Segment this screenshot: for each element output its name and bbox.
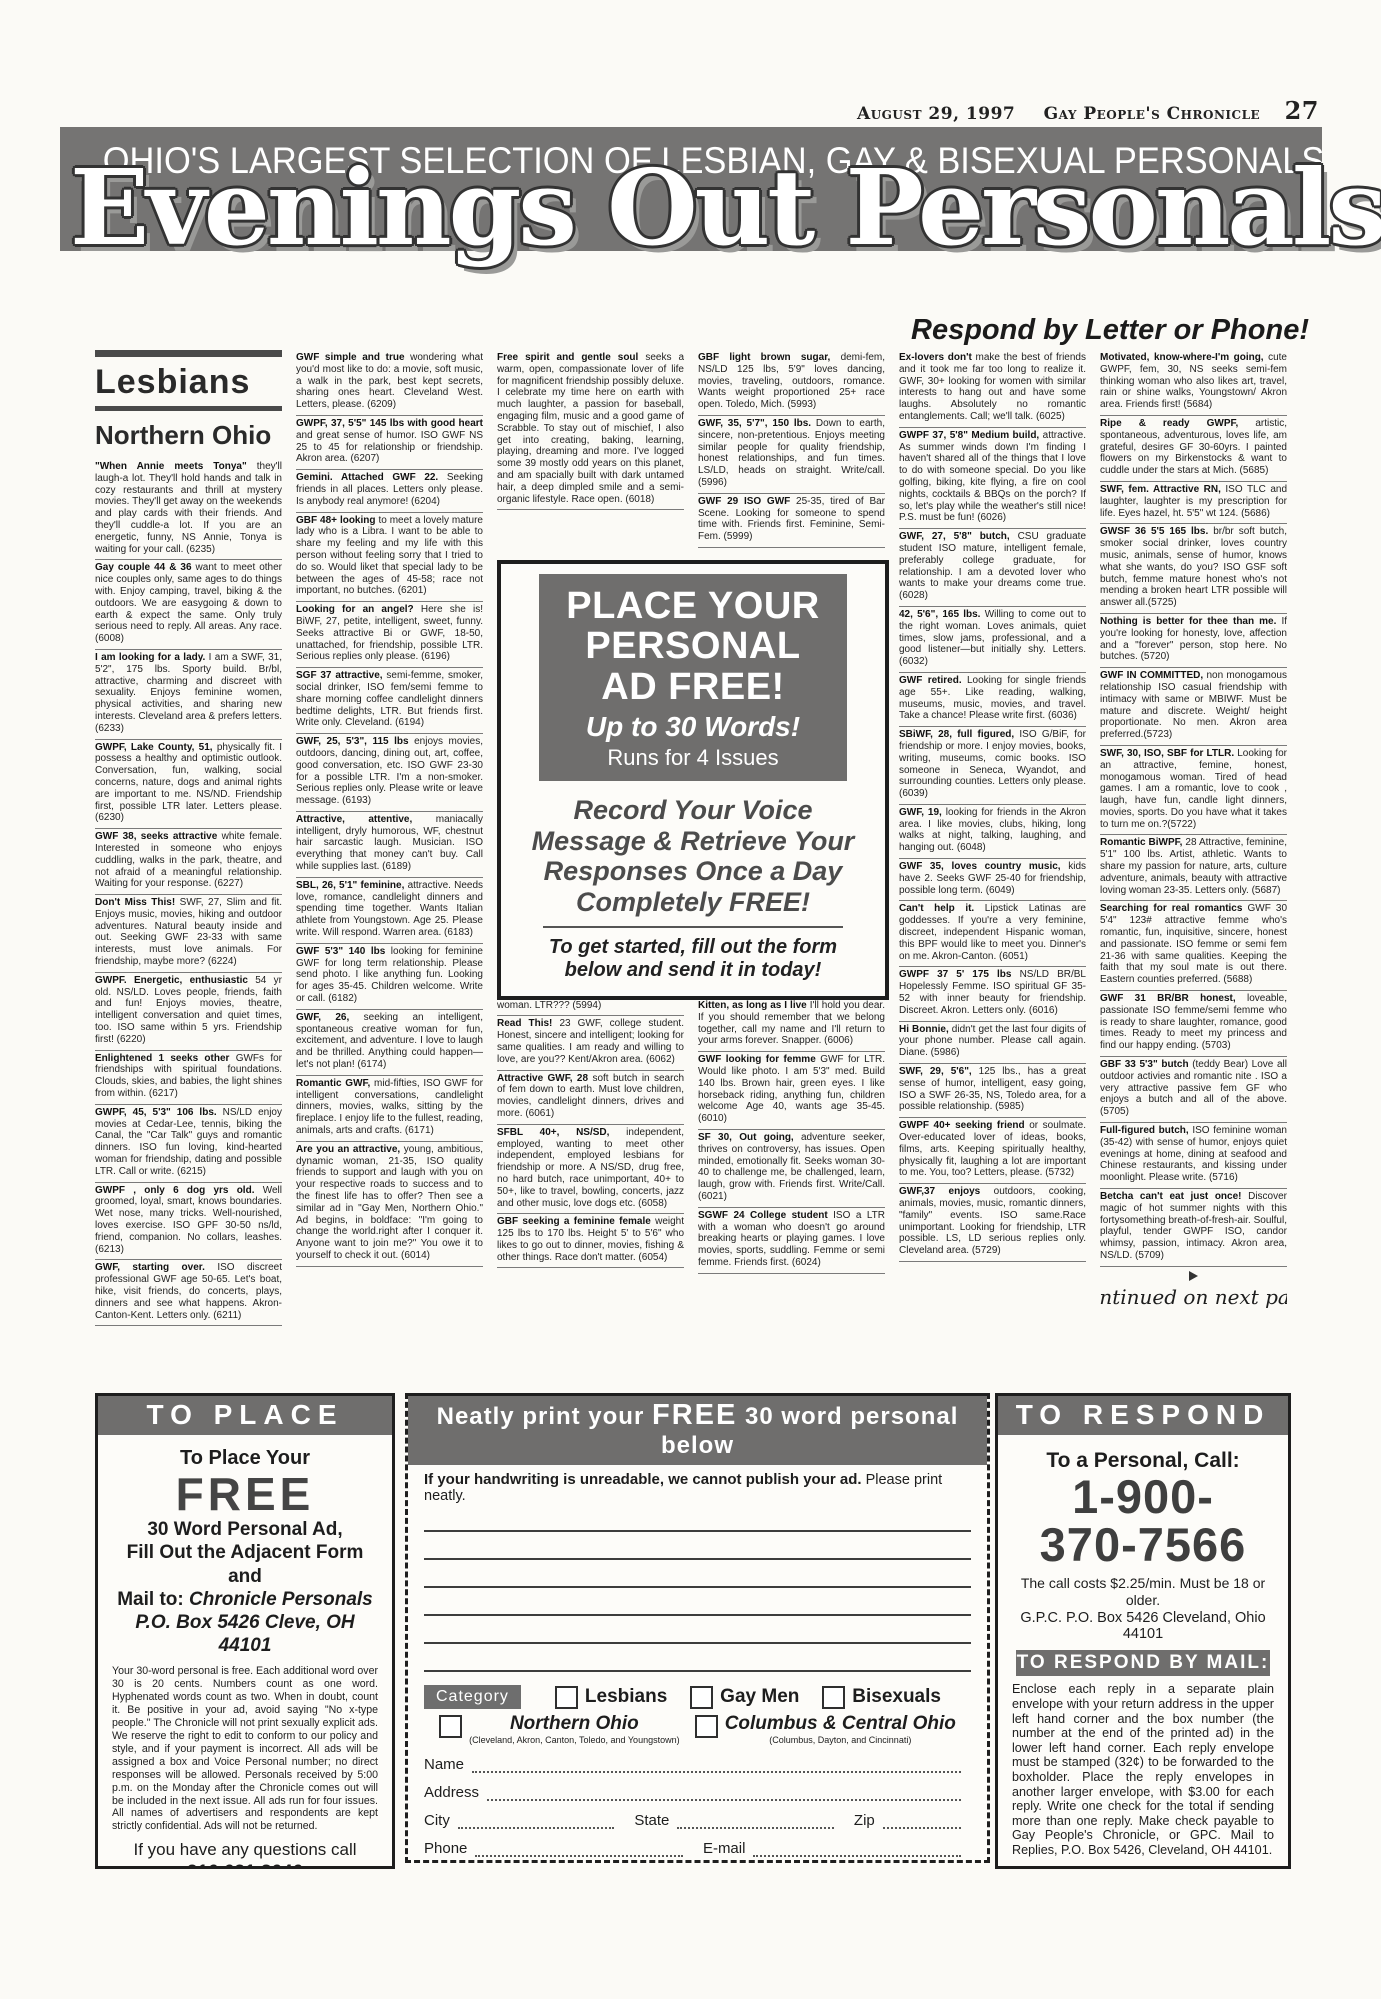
- personal-ad: GWF,37 enjoys outdoors, cooking, animals…: [899, 1184, 1086, 1262]
- personal-ad: GBF seeking a feminine female weight 125…: [497, 1214, 684, 1268]
- form-body: If your handwriting is unreadable, we ca…: [408, 1465, 987, 1863]
- ads-column-1: Lesbians Northern Ohio "When Annie meets…: [95, 350, 282, 1393]
- place-ad-line: PERSONAL: [539, 626, 847, 666]
- personal-ad: SF 30, Out going, adventure seeker, thri…: [698, 1130, 885, 1208]
- city-write-line: [458, 1816, 615, 1829]
- personal-ad: Betcha can't eat just once! Discover mag…: [1100, 1189, 1287, 1267]
- ads-column-2: GWF simple and true wondering what you'd…: [296, 350, 483, 1393]
- personal-ad: Free spirit and gentle soul seeks a warm…: [497, 350, 684, 510]
- personal-ad: GWPF 40+ seeking friend or soulmate. Ove…: [899, 1118, 1086, 1184]
- personal-ad: GWF looking for femme GWF for LTR. Would…: [698, 1052, 885, 1130]
- personal-ad: SBL, 26, 5'1" feminine, attractive. Need…: [296, 878, 483, 944]
- ads-column-5: Ex-lovers don't make the best of friends…: [899, 350, 1086, 1393]
- checkbox-icon: [555, 1686, 578, 1709]
- place-ad-runs: Runs for 4 Issues: [539, 745, 847, 771]
- personal-ad: GWF 31 BR/BR honest, loveable, passionat…: [1100, 991, 1287, 1057]
- personal-ad: GWPF, 37, 5'5" 145 lbs with good heart a…: [296, 416, 483, 470]
- city-state-zip-row: CityStateZip: [424, 1812, 971, 1829]
- personal-ad: GWF IN COMMITTED, non monogamous relatio…: [1100, 668, 1287, 746]
- personal-ad: Attractive GWF, 28 soft butch in search …: [497, 1071, 684, 1125]
- personal-ad: GBF light brown sugar, demi-fem, NS/LD 1…: [698, 350, 885, 416]
- ads-list: Free spirit and gentle soul seeks a warm…: [497, 350, 684, 510]
- checkbox-icon: [690, 1686, 713, 1709]
- personal-ad: Looking for an angel? Here she is! BiWF,…: [296, 602, 483, 668]
- region-heading: Northern Ohio: [95, 420, 282, 451]
- category-option: Gay Men: [690, 1686, 799, 1709]
- to-place-box: TO PLACE To Place Your FREE 30 Word Pers…: [95, 1393, 395, 1869]
- personal-ad: GWF, 27, 5'8" butch, CSU graduate studen…: [899, 529, 1086, 607]
- personal-ad: Full-figured butch, ISO feminine woman (…: [1100, 1123, 1287, 1189]
- masthead-publication: Gay People's Chronicle: [1044, 104, 1261, 124]
- divider: [543, 926, 843, 928]
- write-line: [424, 1532, 971, 1560]
- place-ad-box: PLACE YOUR PERSONAL AD FREE! Up to 30 Wo…: [497, 560, 889, 1000]
- email-write-line: [753, 1844, 961, 1857]
- form-header-free: FREE: [652, 1399, 737, 1431]
- region-option: Northern Ohio(Cleveland, Akron, Canton, …: [439, 1713, 679, 1745]
- category-option: Lesbians: [555, 1686, 667, 1709]
- write-line: [424, 1504, 971, 1532]
- region-options: Northern Ohio(Cleveland, Akron, Canton, …: [424, 1713, 971, 1745]
- to-place-rules-text: Your 30-word personal is free. Each addi…: [112, 1665, 378, 1833]
- category-option: Bisexuals: [822, 1686, 941, 1709]
- name-field-row: Name: [424, 1756, 971, 1773]
- to-place-address: P.O. Box 5426 Cleve, OH 44101: [110, 1611, 380, 1657]
- to-place-header: TO PLACE: [98, 1396, 392, 1435]
- newspaper-page: August 29, 1997 Gay People's Chronicle 2…: [0, 0, 1381, 1999]
- personal-ad: GWF 29 ISO GWF 25-35, tired of Bar Scene…: [698, 494, 885, 548]
- address-write-line: [487, 1788, 961, 1801]
- email-label: E-mail: [703, 1840, 746, 1857]
- personal-ad: GBF 48+ looking to meet a lovely mature …: [296, 513, 483, 603]
- write-line: [424, 1560, 971, 1588]
- personal-ad: GWSF 36 5'5 165 lbs. br/br soft butch, s…: [1100, 524, 1287, 614]
- to-respond-body: To a Personal, Call: 1-900- 370-7566 The…: [998, 1435, 1288, 1864]
- respond-address: G.P.C. P.O. Box 5426 Cleveland, Ohio 441…: [1010, 1610, 1276, 1642]
- address-field-row: Address: [424, 1784, 971, 1801]
- checkbox-icon: [822, 1686, 845, 1709]
- masthead-page-number: 27: [1285, 96, 1319, 125]
- write-line: [424, 1644, 971, 1672]
- personal-ad: Romantic BiWPF, 28 Attractive, feminine,…: [1100, 835, 1287, 901]
- city-label: City: [424, 1812, 450, 1829]
- region-option: Columbus & Central Ohio(Columbus, Dayton…: [695, 1713, 956, 1745]
- questions-phone: 216.631.8646: [110, 1861, 380, 1869]
- write-line: [424, 1616, 971, 1644]
- phone-label: Phone: [424, 1840, 467, 1857]
- personal-ad: SGWF 24 College student ISO a LTR with a…: [698, 1208, 885, 1274]
- personal-ad: GWF retired. Looking for single friends …: [899, 673, 1086, 727]
- personal-ad-form: Neatly print your FREE 30 word personal …: [405, 1393, 990, 1863]
- ads-list: Motivated, know-where-I'm going, cute GW…: [1100, 350, 1287, 1267]
- personal-ad: GWF 38, seeks attractive white female. I…: [95, 829, 282, 895]
- personal-ad: GWPF 37, 5'8" Medium build, attractive. …: [899, 428, 1086, 529]
- place-ad-line: AD FREE!: [539, 667, 847, 707]
- personal-ad: Can't help it. Lipstick Latinas are godd…: [899, 901, 1086, 967]
- checkbox-icon: [439, 1715, 462, 1738]
- to-place-intro: To Place Your: [110, 1447, 380, 1470]
- masthead-date: August 29, 1997: [857, 104, 1015, 124]
- mail-to-value: Chronicle Personals: [189, 1589, 373, 1610]
- checkbox-icon: [695, 1715, 718, 1738]
- personal-ad: Read This! 23 GWF, college student. Hone…: [497, 1016, 684, 1070]
- personal-ad: GWPF, 45, 5'3" 106 lbs. NS/LD enjoy movi…: [95, 1105, 282, 1183]
- personal-ad: GWPF , only 6 dog yrs old. Well groomed,…: [95, 1183, 282, 1261]
- personal-ad: Ex-lovers don't make the best of friends…: [899, 350, 1086, 428]
- call-cost-note: The call costs $2.25/min. Must be 18 or …: [1010, 1575, 1276, 1609]
- masthead: August 29, 1997 Gay People's Chronicle 2…: [857, 96, 1319, 125]
- place-ad-line: PLACE YOUR: [539, 586, 847, 626]
- form-header: Neatly print your FREE 30 word personal …: [408, 1396, 987, 1465]
- personal-ad: Romantic GWF, mid-fifties, ISO GWF for i…: [296, 1076, 483, 1142]
- zip-label: Zip: [854, 1812, 875, 1829]
- continued-note: Continued on next page: [1100, 1285, 1287, 1309]
- personal-ad: SFBL 40+, NS/SD, independent, employed, …: [497, 1125, 684, 1215]
- personal-ad: Gemini. Attached GWF 22. Seeking friends…: [296, 470, 483, 512]
- to-place-body: To Place Your FREE 30 Word Personal Ad, …: [98, 1435, 392, 1869]
- personal-ad: Attractive, attentive, maniacally intell…: [296, 812, 483, 878]
- mail-to-label: Mail to:: [117, 1589, 184, 1610]
- personal-ad: GWF 5'3" 140 lbs looking for feminine GW…: [296, 944, 483, 1010]
- personal-ad: SWF, 30, ISO, SBF for LTLR. Looking for …: [1100, 746, 1287, 836]
- place-ad-record-text: Record Your Voice Message & Retrieve You…: [521, 795, 865, 918]
- phone-email-row: PhoneE-mail: [424, 1840, 971, 1857]
- section-heading: Lesbians: [95, 363, 282, 402]
- place-ad-banner: PLACE YOUR PERSONAL AD FREE! Up to 30 Wo…: [539, 574, 847, 781]
- respond-phone-line2: 370-7566: [1010, 1521, 1276, 1569]
- personal-ad: Ripe & ready GWPF, artistic, spontaneous…: [1100, 416, 1287, 482]
- write-line: [424, 1588, 971, 1616]
- personal-ad: GWF 35, loves country music, kids have 2…: [899, 859, 1086, 901]
- form-header-text: Neatly print your: [437, 1403, 652, 1430]
- personal-ad: SWF, fem. Attractive RN, ISO TLC and lau…: [1100, 482, 1287, 524]
- personal-ad: Are you an attractive, young, ambitious,…: [296, 1142, 483, 1267]
- personal-ad: GWPF 37 5' 175 lbs NS/LD BR/BL Hopelessl…: [899, 967, 1086, 1021]
- personal-ad: "When Annie meets Tonya" they'll laugh-a…: [95, 459, 282, 560]
- ads-column-6: Motivated, know-where-I'm going, cute GW…: [1100, 350, 1287, 1393]
- place-ad-words: Up to 30 Words!: [539, 711, 847, 743]
- name-write-line: [472, 1760, 961, 1773]
- personal-ad: GWF, 26, seeking an intelligent, spontan…: [296, 1010, 483, 1076]
- form-instruction-bold: If your handwriting is unreadable, we ca…: [424, 1471, 862, 1488]
- form-instruction: If your handwriting is unreadable, we ca…: [424, 1471, 971, 1504]
- respond-by-mail-text: Enclose each reply in a separate plain e…: [1012, 1682, 1274, 1857]
- to-place-mail-line: Mail to: Chronicle Personals: [110, 1588, 380, 1611]
- category-options: LesbiansGay MenBisexuals: [555, 1686, 941, 1709]
- personal-ad: SGF 37 attractive, semi-femme, smoker, s…: [296, 668, 483, 734]
- personal-ad: Hi Bonnie, didn't get the last four digi…: [899, 1022, 1086, 1064]
- to-respond-box: TO RESPOND To a Personal, Call: 1-900- 3…: [995, 1393, 1291, 1869]
- personal-ad: Motivated, know-where-I'm going, cute GW…: [1100, 350, 1287, 416]
- personal-ad: Kitten, as long as I live I'll hold you …: [698, 998, 885, 1052]
- personal-ad: GWF, 25, 5'3", 115 lbs enjoys movies, ou…: [296, 734, 483, 812]
- to-respond-header: TO RESPOND: [998, 1396, 1288, 1435]
- to-place-free: FREE: [110, 1470, 380, 1518]
- category-label: Category: [424, 1685, 521, 1709]
- respond-phone-line1: 1-900-: [1010, 1473, 1276, 1521]
- personal-ad: Searching for real romantics GWF 30 5'4"…: [1100, 901, 1287, 991]
- personal-ad: Nothing is better for thee than me. If y…: [1100, 614, 1287, 668]
- pointer-icon: [1189, 1271, 1198, 1281]
- divider: [95, 406, 282, 411]
- state-write-line: [677, 1816, 834, 1829]
- personal-ad: 42, 5'6", 165 lbs. Willing to come out t…: [899, 607, 1086, 673]
- personal-ad: SWF, 29, 5'6", 125 lbs., has a great sen…: [899, 1064, 1086, 1118]
- personal-ad: GWF simple and true wondering what you'd…: [296, 350, 483, 416]
- phone-write-line: [475, 1844, 683, 1857]
- personal-ad: GWF, 19, looking for friends in the Akro…: [899, 805, 1086, 859]
- state-label: State: [634, 1812, 669, 1829]
- personal-ad: GWPF. Energetic, enthusiastic 54 yr old.…: [95, 973, 282, 1051]
- name-label: Name: [424, 1756, 464, 1773]
- to-place-line: Fill Out the Adjacent Form and: [110, 1541, 380, 1587]
- personal-ad: Don't Miss This! SWF, 27, Slim and fit. …: [95, 895, 282, 973]
- respond-tagline: Respond by Letter or Phone!: [911, 314, 1309, 347]
- banner-title: Evenings Out Personals: [70, 146, 1320, 269]
- ads-list: GWF simple and true wondering what you'd…: [296, 350, 483, 1267]
- respond-by-mail-header: TO RESPOND BY MAIL:: [1016, 1650, 1270, 1676]
- personal-ad: GBF 33 5'3" butch (teddy Bear) Love all …: [1100, 1057, 1287, 1123]
- personal-ad: GWF, starting over. ISO discreet profess…: [95, 1260, 282, 1326]
- personal-ad: Gay couple 44 & 36 want to meet other ni…: [95, 560, 282, 650]
- category-row: Category LesbiansGay MenBisexuals: [424, 1685, 971, 1709]
- personal-ad: GWF, 35, 5'7", 150 lbs. Down to earth, s…: [698, 416, 885, 494]
- personal-ad: Enlightened 1 seeks other GWFs for frien…: [95, 1051, 282, 1105]
- personals-columns: Lesbians Northern Ohio "When Annie meets…: [95, 350, 1291, 1393]
- ads-list: GBF light brown sugar, demi-fem, NS/LD 1…: [698, 350, 885, 548]
- ads-list: Ex-lovers don't make the best of friends…: [899, 350, 1086, 1262]
- divider: [95, 350, 282, 357]
- ads-list: Kitten, as long as I live I'll hold you …: [698, 998, 885, 1274]
- personal-ad: I am looking for a lady. I am a SWF, 31,…: [95, 650, 282, 740]
- questions-line: If you have any questions call: [110, 1839, 380, 1861]
- address-label: Address: [424, 1784, 479, 1801]
- zip-write-line: [883, 1816, 961, 1829]
- personal-ad: SBiWF, 28, full figured, ISO G/BiF, for …: [899, 727, 1086, 805]
- personal-ad: GWPF, Lake County, 51, physically fit. I…: [95, 740, 282, 830]
- to-place-line: 30 Word Personal Ad,: [110, 1518, 380, 1541]
- place-ad-get-started: To get started, fill out the form below …: [527, 936, 859, 982]
- ads-list: "When Annie meets Tonya" they'll laugh-a…: [95, 459, 282, 1326]
